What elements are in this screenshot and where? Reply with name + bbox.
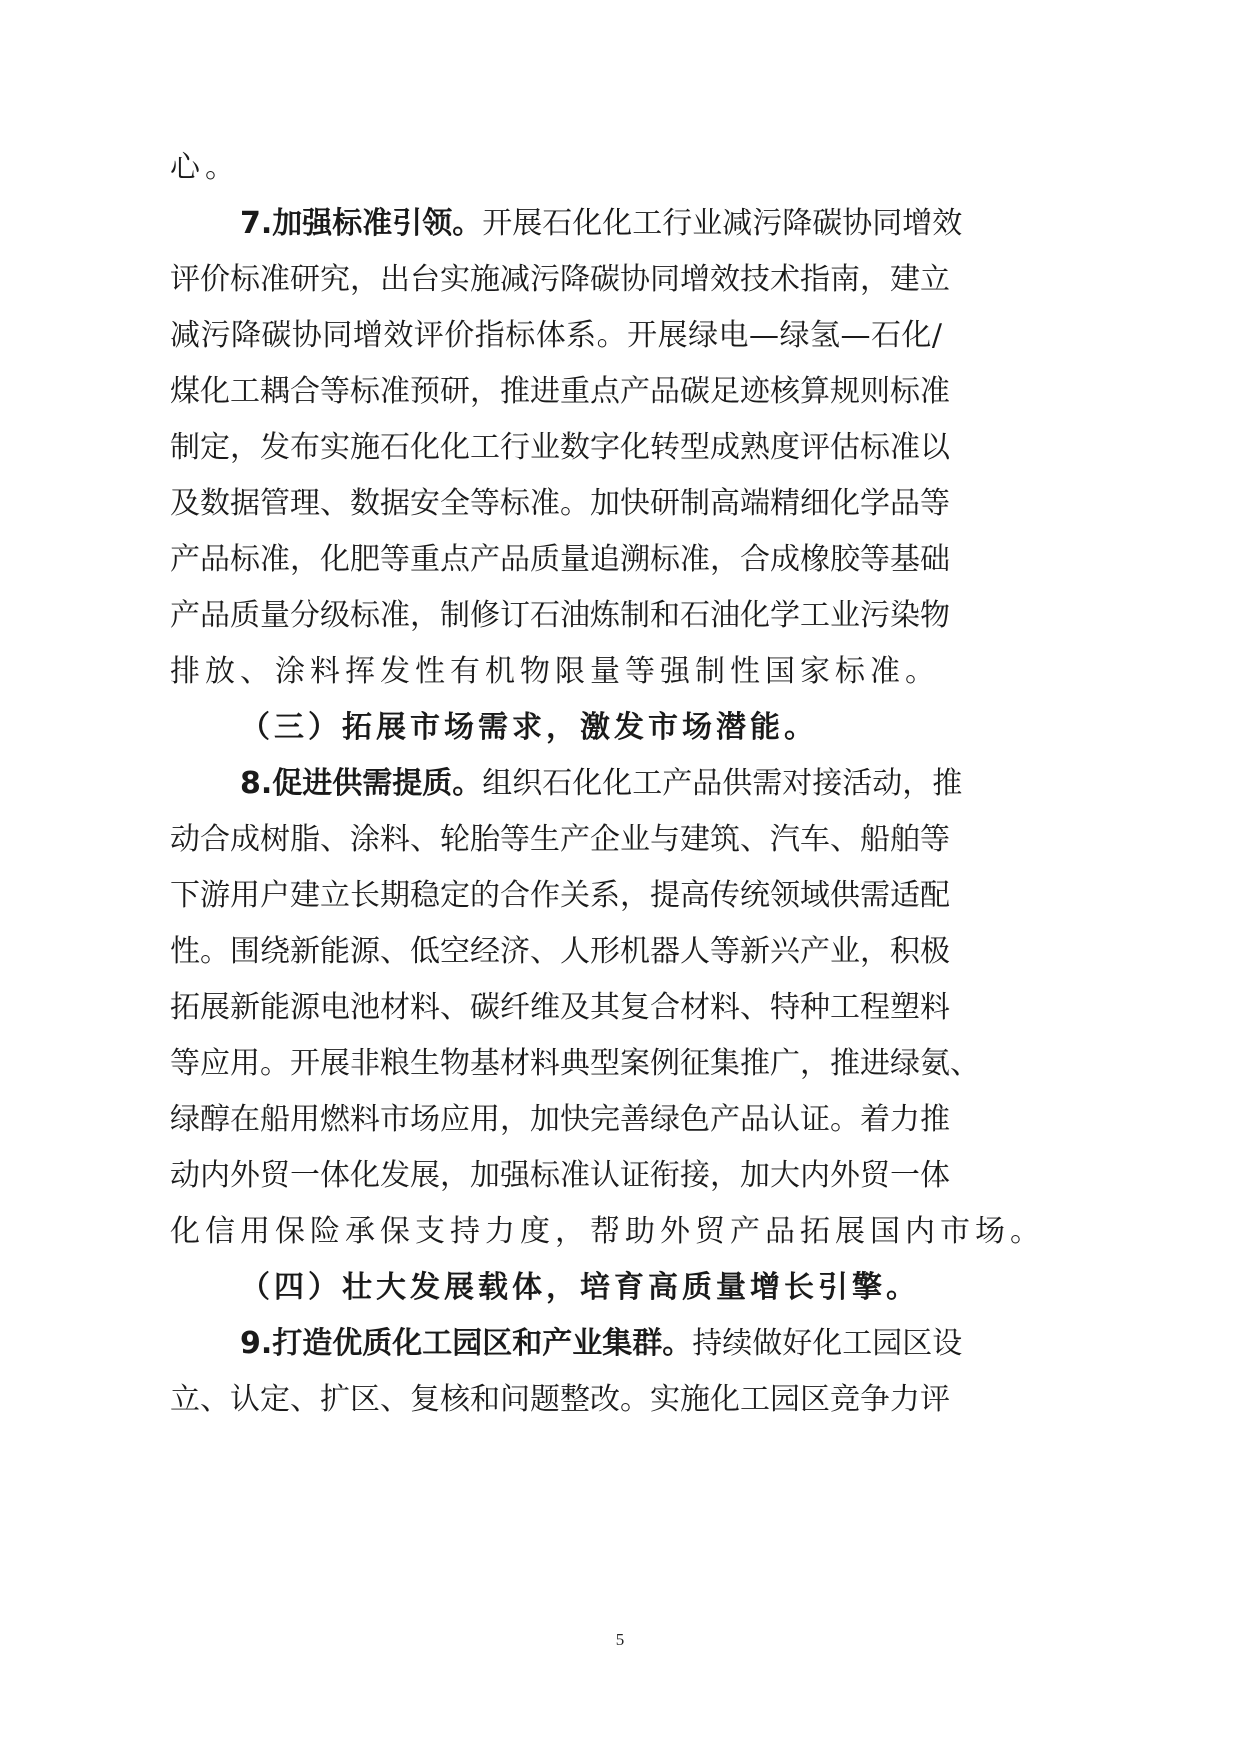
body-line: 动内外贸一体化发展，加强标准认证衔接，加大内外贸一体 xyxy=(170,1148,942,1204)
body-line: 产品标准，化肥等重点产品质量追溯标准，合成橡胶等基础 xyxy=(170,532,942,588)
line-text: 排放、涂料挥发性有机物限量等强制性国家标准。 xyxy=(170,654,940,689)
section-heading-text: （三）拓展市场需求，激发市场潜能。 xyxy=(240,710,818,745)
body-line: 评价标准研究，出台实施减污降碳协同增效技术指南，建立 xyxy=(170,252,942,308)
paragraph-continuation: 心。 xyxy=(170,140,942,196)
line-text: 下游用户建立长期稳定的合作关系，提高传统领域供需适配 xyxy=(170,878,950,913)
line-text: 及数据管理、数据安全等标准。加快研制高端精细化学品等 xyxy=(170,486,950,521)
body-line-end: 排放、涂料挥发性有机物限量等强制性国家标准。 xyxy=(170,644,942,700)
body-line: 绿醇在船用燃料市场应用，加快完善绿色产品认证。着力推 xyxy=(170,1092,942,1148)
line-text: 开展石化化工行业减污降碳协同增效 xyxy=(482,206,962,241)
body-line: 煤化工耦合等标准预研，推进重点产品碳足迹核算规则标准 xyxy=(170,364,942,420)
body-line-end: 化信用保险承保支持力度，帮助外贸产品拓展国内市场。 xyxy=(170,1204,942,1260)
line-text: 绿醇在船用燃料市场应用，加快完善绿色产品认证。着力推 xyxy=(170,1102,950,1137)
section-heading-text: （四）壮大发展载体，培育高质量增长引擎。 xyxy=(240,1270,920,1305)
line-text: 心。 xyxy=(170,150,240,185)
body-line: 拓展新能源电池材料、碳纤维及其复合材料、特种工程塑料 xyxy=(170,980,942,1036)
line-text: 动合成树脂、涂料、轮胎等生产企业与建筑、汽车、船舶等 xyxy=(170,822,950,857)
line-text: 组织石化化工产品供需对接活动，推 xyxy=(482,766,962,801)
body-line: 及数据管理、数据安全等标准。加快研制高端精细化学品等 xyxy=(170,476,942,532)
item-8-title: 8.促进供需提质。 xyxy=(240,766,482,801)
line-text: 等应用。开展非粮生物基材料典型案例征集推广，推进绿氨、 xyxy=(170,1046,980,1081)
document-page: 心。 7.加强标准引领。开展石化化工行业减污降碳协同增效 评价标准研究，出台实施… xyxy=(0,0,1240,1753)
item-8-first-line: 8.促进供需提质。组织石化化工产品供需对接活动，推 xyxy=(240,756,942,812)
body-line: 减污降碳协同增效评价指标体系。开展绿电—绿氢—石化/ xyxy=(170,308,942,364)
line-text: 煤化工耦合等标准预研，推进重点产品碳足迹核算规则标准 xyxy=(170,374,950,409)
line-text: 拓展新能源电池材料、碳纤维及其复合材料、特种工程塑料 xyxy=(170,990,950,1025)
body-line: 立、认定、扩区、复核和问题整改。实施化工园区竞争力评 xyxy=(170,1372,942,1428)
line-text: 持续做好化工园区设 xyxy=(692,1326,962,1361)
line-text: 性。围绕新能源、低空经济、人形机器人等新兴产业，积极 xyxy=(170,934,950,969)
line-text: 化信用保险承保支持力度，帮助外贸产品拓展国内市场。 xyxy=(170,1214,1045,1249)
body-line: 动合成树脂、涂料、轮胎等生产企业与建筑、汽车、船舶等 xyxy=(170,812,942,868)
section-heading-4: （四）壮大发展载体，培育高质量增长引擎。 xyxy=(240,1260,942,1316)
body-line: 制定，发布实施石化化工行业数字化转型成熟度评估标准以 xyxy=(170,420,942,476)
item-7-first-line: 7.加强标准引领。开展石化化工行业减污降碳协同增效 xyxy=(240,196,942,252)
line-text: 产品标准，化肥等重点产品质量追溯标准，合成橡胶等基础 xyxy=(170,542,950,577)
body-line: 产品质量分级标准，制修订石油炼制和石油化学工业污染物 xyxy=(170,588,942,644)
body-line: 等应用。开展非粮生物基材料典型案例征集推广，推进绿氨、 xyxy=(170,1036,942,1092)
line-text: 产品质量分级标准，制修订石油炼制和石油化学工业污染物 xyxy=(170,598,950,633)
line-text: 减污降碳协同增效评价指标体系。开展绿电—绿氢—石化/ xyxy=(170,318,942,353)
item-9-first-line: 9.打造优质化工园区和产业集群。持续做好化工园区设 xyxy=(240,1316,942,1372)
line-text: 动内外贸一体化发展，加强标准认证衔接，加大内外贸一体 xyxy=(170,1158,950,1193)
body-line: 性。围绕新能源、低空经济、人形机器人等新兴产业，积极 xyxy=(170,924,942,980)
line-text: 评价标准研究，出台实施减污降碳协同增效技术指南，建立 xyxy=(170,262,950,297)
page-number: 5 xyxy=(0,1630,1240,1650)
item-9-title: 9.打造优质化工园区和产业集群。 xyxy=(240,1326,692,1361)
body-line: 下游用户建立长期稳定的合作关系，提高传统领域供需适配 xyxy=(170,868,942,924)
line-text: 立、认定、扩区、复核和问题整改。实施化工园区竞争力评 xyxy=(170,1382,950,1417)
line-text: 制定，发布实施石化化工行业数字化转型成熟度评估标准以 xyxy=(170,430,950,465)
section-heading-3: （三）拓展市场需求，激发市场潜能。 xyxy=(240,700,942,756)
item-7-title: 7.加强标准引领。 xyxy=(240,206,482,241)
